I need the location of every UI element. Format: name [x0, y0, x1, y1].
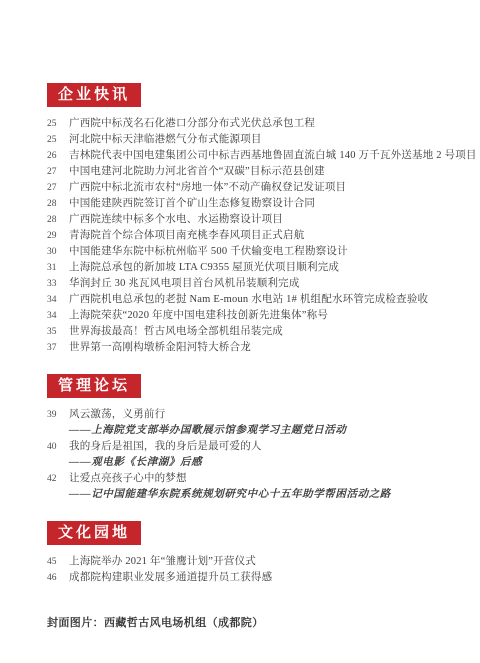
toc-section: 文化园地45上海院举办 2021 年“雏鹰计划”开营仪式46成都院构建职业发展多…: [47, 521, 466, 586]
entry-page-number: 34: [47, 308, 61, 324]
toc-entry: 46成都院构建职业发展多通道提升员工获得感: [47, 570, 466, 586]
entry-page-number: 46: [47, 570, 61, 586]
section-title: 文化园地: [47, 521, 141, 545]
entry-title: 世界第一高刚构墩桥金阳河特大桥合龙: [69, 340, 251, 356]
entry-subtitle: ——观电影《长津湖》后感: [69, 455, 202, 471]
toc-entry: 26吉林院代表中国电建集团公司中标吉西基地鲁固直流白城 140 万千瓦外送基地 …: [47, 148, 466, 164]
toc-page: 企业快讯25广西院中标茂名石化港口分部分布式光伏总承包工程25河北院中标天津临港…: [0, 0, 480, 663]
toc-entry-subtitle-row: ——记中国能建华东院系统规划研究中心十五年助学帮困活动之路: [47, 487, 466, 503]
section-title: 管理论坛: [47, 374, 141, 398]
entry-page-number: 37: [47, 340, 61, 356]
entry-title: 中国电建河北院助力河北省首个“双碳”目标示范县创建: [69, 164, 325, 180]
entry-title: 成都院构建职业发展多通道提升员工获得感: [69, 570, 272, 586]
entry-page-number: 40: [47, 439, 61, 455]
toc-sections: 企业快讯25广西院中标茂名石化港口分部分布式光伏总承包工程25河北院中标天津临港…: [47, 83, 466, 586]
toc-entry: 34上海院荣获“2020 年度中国电建科技创新先进集体”称号: [47, 308, 466, 324]
entry-title: 上海院总承包的新加坡 LTA C9355 屋顶光伏项目顺利完成: [69, 260, 339, 276]
toc-entry: 37世界第一高刚构墩桥金阳河特大桥合龙: [47, 340, 466, 356]
section-entries: 25广西院中标茂名石化港口分部分布式光伏总承包工程25河北院中标天津临港燃气分布…: [47, 116, 466, 356]
entry-page-number: 26: [47, 148, 61, 164]
entry-title: 上海院荣获“2020 年度中国电建科技创新先进集体”称号: [69, 308, 328, 324]
entry-title: 我的身后是祖国，我的身后是最可爱的人: [69, 439, 262, 455]
toc-entry: 39风云激荡，义勇前行: [47, 407, 466, 423]
entry-page-number: 33: [47, 276, 61, 292]
toc-entry: 31上海院总承包的新加坡 LTA C9355 屋顶光伏项目顺利完成: [47, 260, 466, 276]
toc-entry: 34广西院机电总承包的老挝 Nam E-moun 水电站 1# 机组配水环管完成…: [47, 292, 466, 308]
cover-image-caption: 封面图片：西藏哲古风电场机组（成都院）: [47, 614, 466, 630]
entry-title: 中国能建陕西院签订首个矿山生态修复勘察设计合同: [69, 196, 315, 212]
toc-entry: 27中国电建河北院助力河北省首个“双碳”目标示范县创建: [47, 164, 466, 180]
toc-entry: 29青海院首个综合体项目南充桃李春风项目正式启航: [47, 228, 466, 244]
toc-section: 企业快讯25广西院中标茂名石化港口分部分布式光伏总承包工程25河北院中标天津临港…: [47, 83, 466, 356]
toc-entry: 27广西院中标北流市农村“房地一体”不动产确权登记发证项目: [47, 180, 466, 196]
toc-entry: 25河北院中标天津临港燃气分布式能源项目: [47, 132, 466, 148]
entry-title: 吉林院代表中国电建集团公司中标吉西基地鲁固直流白城 140 万千瓦外送基地 2 …: [69, 148, 477, 164]
toc-entry: 25广西院中标茂名石化港口分部分布式光伏总承包工程: [47, 116, 466, 132]
toc-entry: 45上海院举办 2021 年“雏鹰计划”开营仪式: [47, 554, 466, 570]
entry-title: 青海院首个综合体项目南充桃李春风项目正式启航: [69, 228, 304, 244]
entry-page-number: 42: [47, 471, 61, 487]
entry-title: 河北院中标天津临港燃气分布式能源项目: [69, 132, 262, 148]
entry-page-number: 45: [47, 554, 61, 570]
entry-page-number: 28: [47, 196, 61, 212]
entry-subtitle: ——记中国能建华东院系统规划研究中心十五年助学帮困活动之路: [69, 487, 391, 503]
entry-page-number: 28: [47, 212, 61, 228]
entry-title: 广西院中标北流市农村“房地一体”不动产确权登记发证项目: [69, 180, 346, 196]
entry-title: 上海院举办 2021 年“雏鹰计划”开营仪式: [69, 554, 256, 570]
entry-title: 中国能建华东院中标杭州临平 500 千伏输变电工程勘察设计: [69, 244, 348, 260]
toc-entry: 30中国能建华东院中标杭州临平 500 千伏输变电工程勘察设计: [47, 244, 466, 260]
section-title: 企业快讯: [47, 83, 141, 107]
toc-entry: 33华润封丘 30 兆瓦风电项目首台风机吊装顺利完成: [47, 276, 466, 292]
entry-subtitle: ——上海院党支部举办国歌展示馆参观学习主题党日活动: [69, 423, 347, 439]
toc-entry: 42让爱点亮孩子心中的梦想: [47, 471, 466, 487]
toc-entry-subtitle-row: ——观电影《长津湖》后感: [47, 455, 466, 471]
section-entries: 45上海院举办 2021 年“雏鹰计划”开营仪式46成都院构建职业发展多通道提升…: [47, 554, 466, 586]
toc-entry: 28广西院连续中标多个水电、水运勘察设计项目: [47, 212, 466, 228]
entry-page-number: 34: [47, 292, 61, 308]
toc-section: 管理论坛39风云激荡，义勇前行——上海院党支部举办国歌展示馆参观学习主题党日活动…: [47, 374, 466, 503]
entry-page-number: 30: [47, 244, 61, 260]
entry-title: 广西院中标茂名石化港口分部分布式光伏总承包工程: [69, 116, 315, 132]
entry-title: 广西院连续中标多个水电、水运勘察设计项目: [69, 212, 283, 228]
entry-page-number: 27: [47, 180, 61, 196]
entry-title: 华润封丘 30 兆瓦风电项目首台风机吊装顺利完成: [69, 276, 300, 292]
entry-page-number: 39: [47, 407, 61, 423]
entry-page-number: 25: [47, 116, 61, 132]
entry-page-number: 29: [47, 228, 61, 244]
entry-page-number: 31: [47, 260, 61, 276]
entry-page-number: 25: [47, 132, 61, 148]
toc-entry: 40我的身后是祖国，我的身后是最可爱的人: [47, 439, 466, 455]
entry-page-number: 27: [47, 164, 61, 180]
section-entries: 39风云激荡，义勇前行——上海院党支部举办国歌展示馆参观学习主题党日活动40我的…: [47, 407, 466, 503]
toc-entry: 28中国能建陕西院签订首个矿山生态修复勘察设计合同: [47, 196, 466, 212]
entry-title: 广西院机电总承包的老挝 Nam E-moun 水电站 1# 机组配水环管完成检查…: [69, 292, 428, 308]
toc-entry: 35世界海拔最高！哲古风电场全部机组吊装完成: [47, 324, 466, 340]
entry-title: 世界海拔最高！哲古风电场全部机组吊装完成: [69, 324, 283, 340]
entry-page-number: 35: [47, 324, 61, 340]
toc-entry-subtitle-row: ——上海院党支部举办国歌展示馆参观学习主题党日活动: [47, 423, 466, 439]
entry-title: 风云激荡，义勇前行: [69, 407, 165, 423]
entry-title: 让爱点亮孩子心中的梦想: [69, 471, 187, 487]
